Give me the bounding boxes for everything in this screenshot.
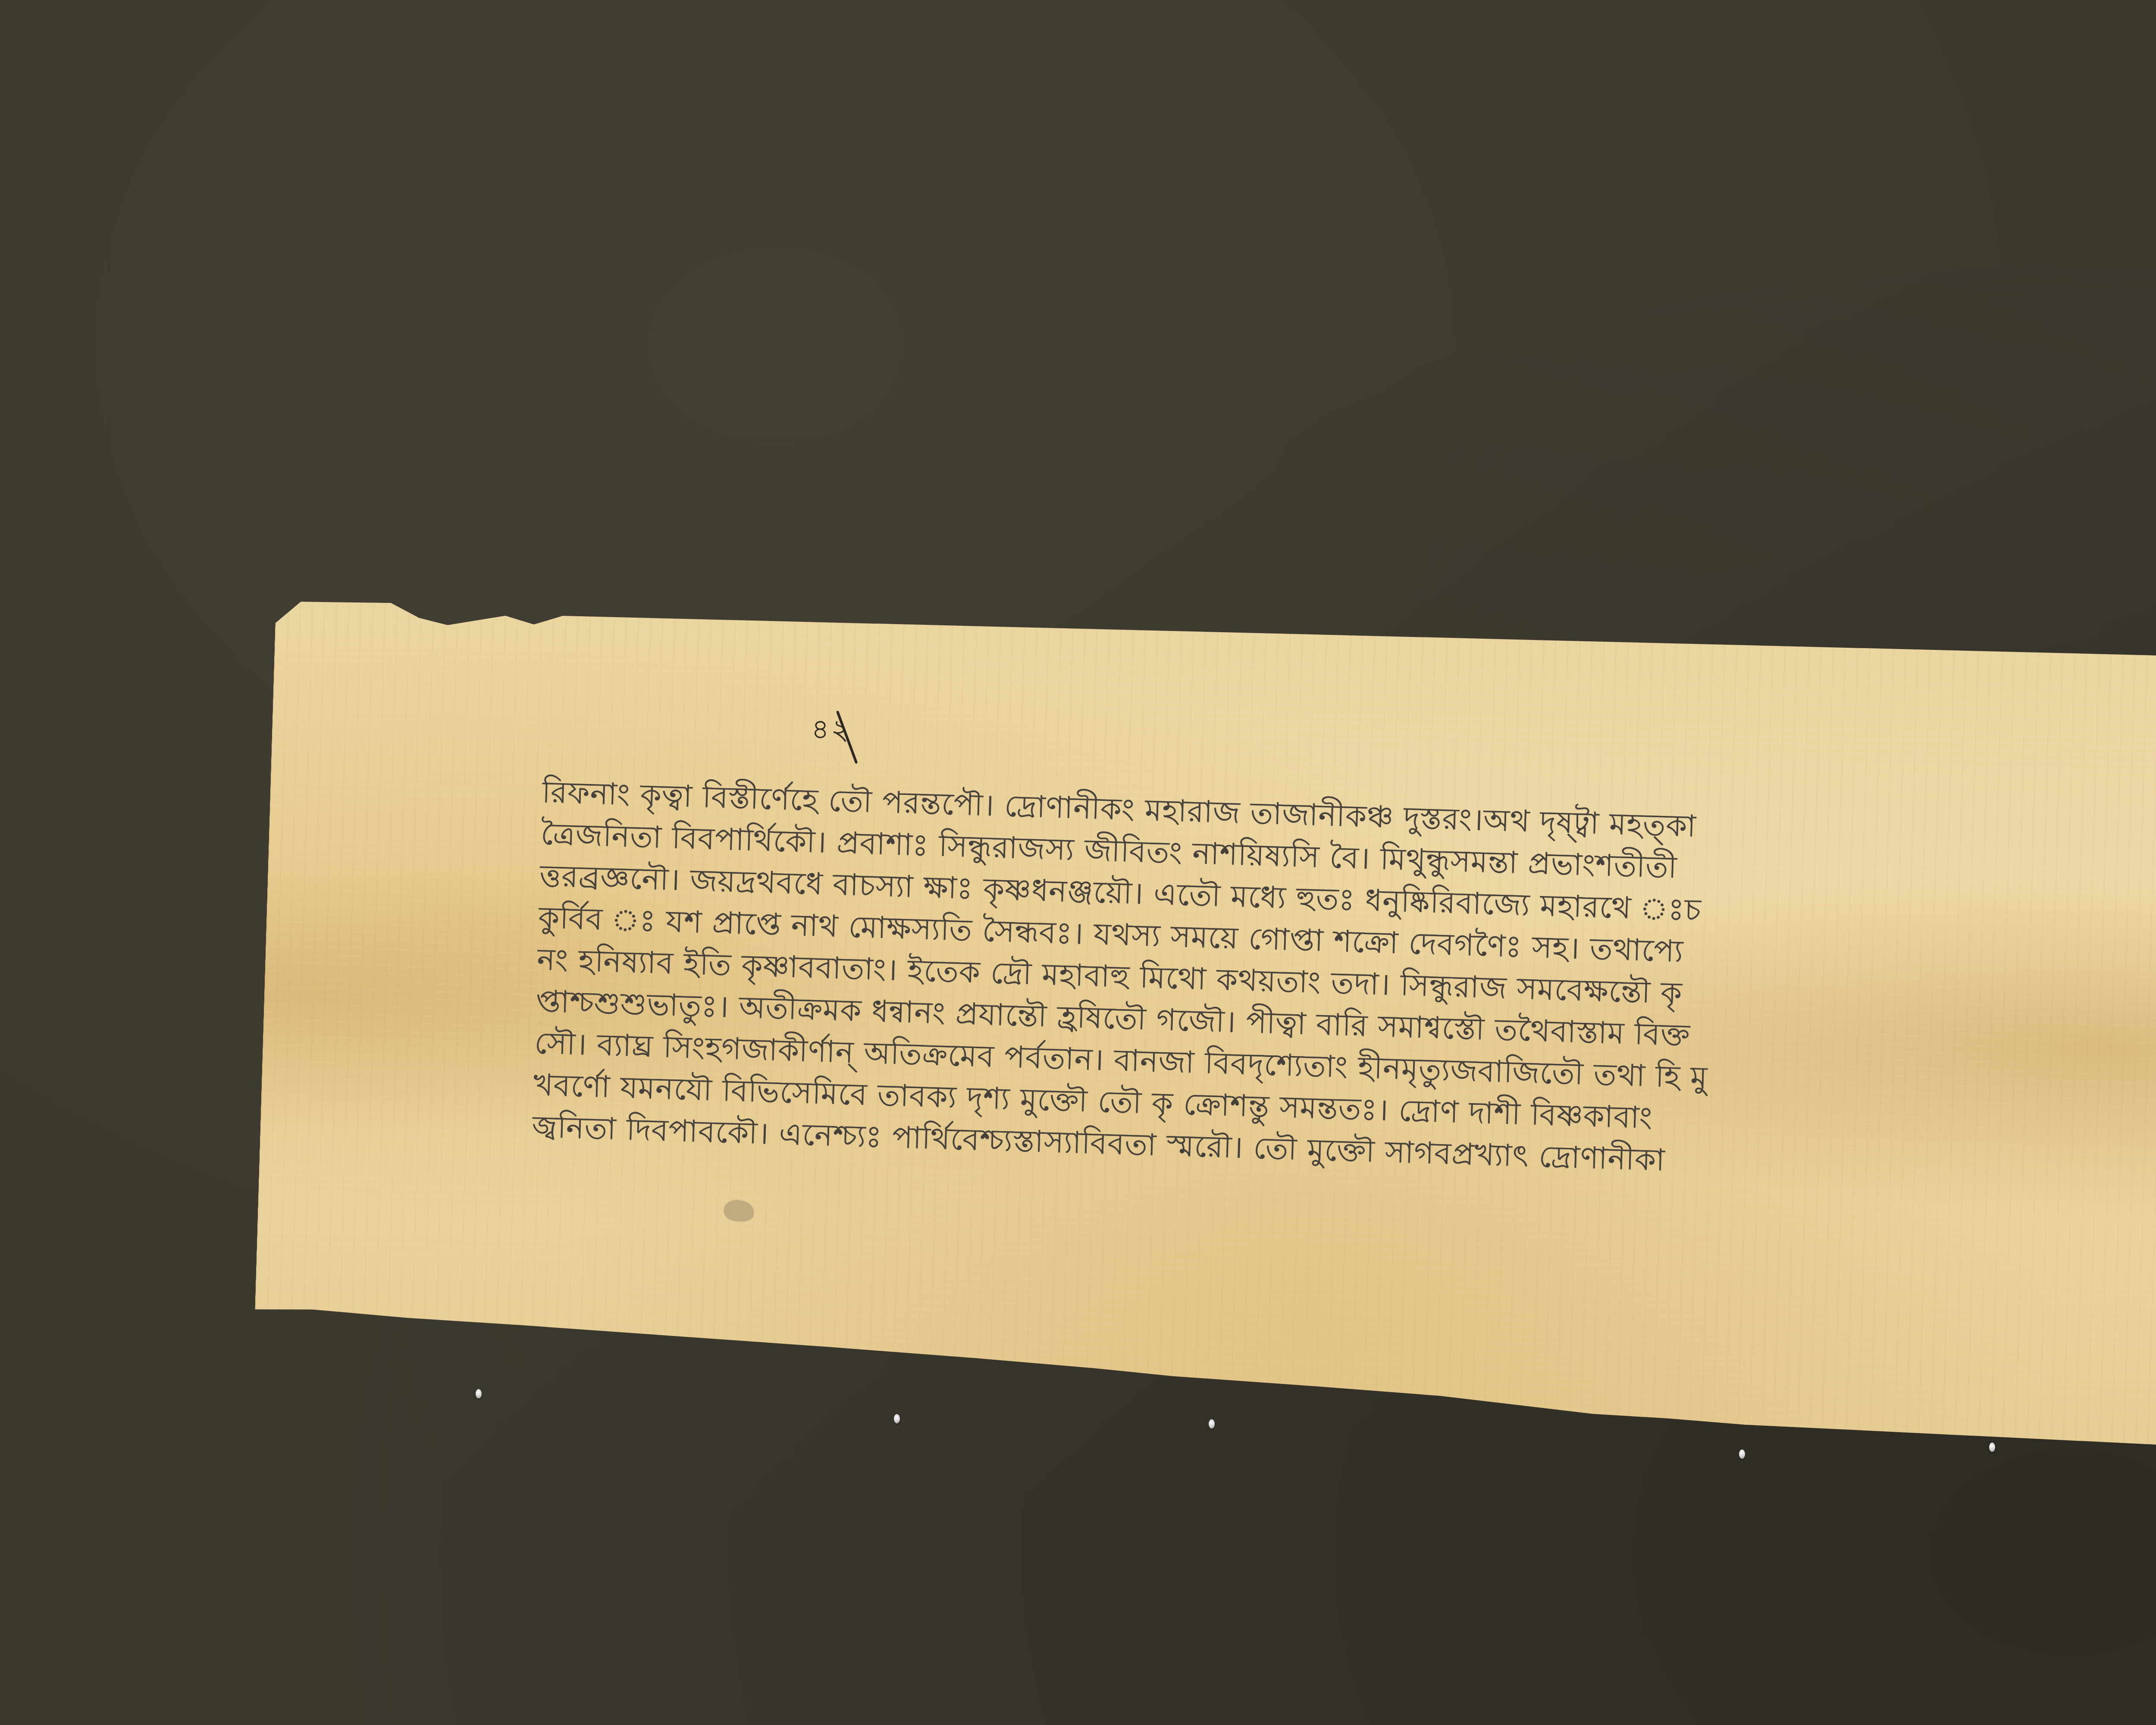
- mounting-pin-5: [1989, 1443, 1995, 1452]
- mounting-pin-2: [894, 1414, 900, 1424]
- mounting-pin-1: [476, 1389, 482, 1399]
- mounting-pin-3: [1209, 1419, 1215, 1429]
- manuscript-leaf: ৪২ রিফনাং কৃত্বা বিস্তীর্ণেহে তৌ পরন্তপৌ…: [253, 599, 2156, 1445]
- mounting-pin-4: [1739, 1449, 1745, 1459]
- manuscript-text-block: রিফনাং কৃত্বা বিস্তীর্ণেহে তৌ পরন্তপৌ। দ…: [532, 772, 1901, 1188]
